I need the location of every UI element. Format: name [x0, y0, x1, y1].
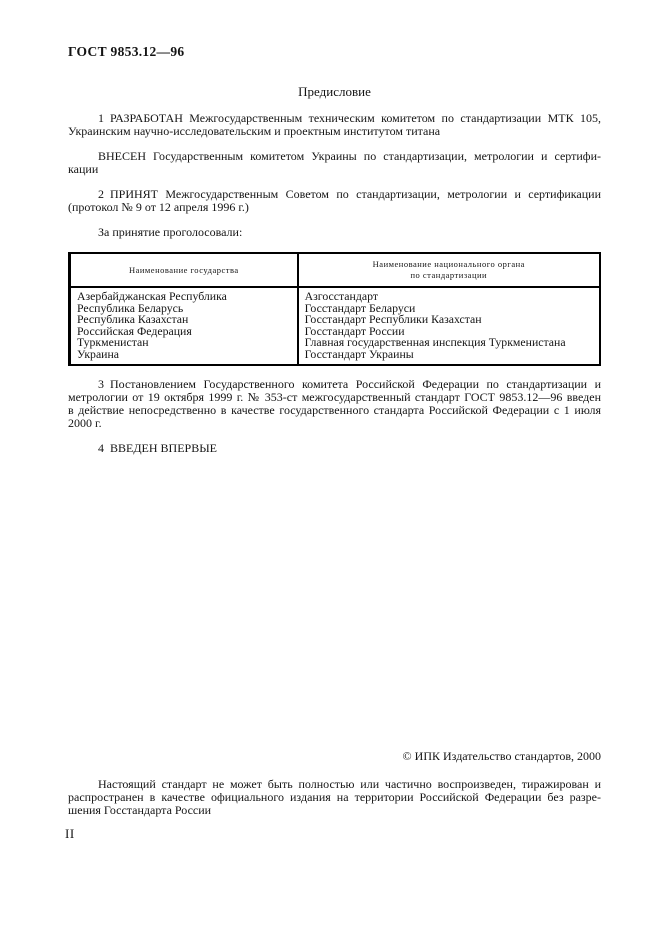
- table-header-row: Наименование государства Наименование на…: [70, 253, 601, 287]
- voting-table-header: Наименование государства Наименование на…: [70, 253, 601, 287]
- paragraph-line: (протокол № 9 от 12 апреля 1996 г.): [68, 201, 601, 214]
- paragraph-line: ВНЕСЕН Государственным комитетом Украины…: [68, 150, 601, 163]
- paragraph-line: кации: [68, 163, 601, 176]
- paragraph: Настоящий стандарт не может быть полност…: [68, 778, 601, 817]
- paragraph-line: 4 ВВЕДЕН ВПЕРВЫЕ: [68, 442, 601, 455]
- paragraph: 1 РАЗРАБОТАН Межгосударственным техничес…: [68, 112, 601, 138]
- voting-table-body: Азербайджанская РеспубликаАзгосстандартР…: [70, 287, 601, 365]
- table-header-state-label: Наименование государства: [129, 265, 239, 275]
- table-header-org: Наименование национального органа по ста…: [298, 253, 600, 287]
- paragraph: За принятие проголосовали:: [68, 226, 601, 239]
- voting-table: Наименование государства Наименование на…: [68, 252, 601, 366]
- paragraph: 2 ПРИНЯТ Межгосударственным Советом по с…: [68, 188, 601, 214]
- preface-title: Предисловие: [68, 84, 601, 100]
- table-cell: Госстандарт Украины: [298, 349, 600, 365]
- page-content: ГОСТ 9853.12—96 Предисловие 1 РАЗРАБОТАН…: [68, 44, 601, 455]
- page-number: II: [65, 826, 75, 842]
- paragraph: 4 ВВЕДЕН ВПЕРВЫЕ: [68, 442, 601, 455]
- paragraph-line: в действие непосредственно в качестве го…: [68, 404, 601, 417]
- paragraph-line: 2000 г.: [68, 417, 601, 430]
- table-header-state: Наименование государства: [70, 253, 298, 287]
- table-header-org-line2: по стандартизации: [303, 270, 595, 281]
- paragraph: ВНЕСЕН Государственным комитетом Украины…: [68, 150, 601, 176]
- paragraph-line: шения Госстандарта России: [68, 804, 601, 817]
- paragraph-line: За принятие проголосовали:: [68, 226, 601, 239]
- copyright-line: © ИПК Издательство стандартов, 2000: [68, 750, 601, 763]
- preface-resolution-paragraphs: 3 Постановлением Государственного комите…: [68, 378, 601, 455]
- paragraph-line: 3 Постановлением Государственного комите…: [68, 378, 601, 391]
- paragraph-line: метрологии от 19 октября 1999 г. № 353-с…: [68, 391, 601, 404]
- page-footer: © ИПК Издательство стандартов, 2000 Наст…: [68, 750, 601, 817]
- table-row: УкраинаГосстандарт Украины: [70, 349, 601, 365]
- doc-number: ГОСТ 9853.12—96: [68, 44, 601, 60]
- document-page: ГОСТ 9853.12—96 Предисловие 1 РАЗРАБОТАН…: [0, 0, 661, 936]
- paragraph: 3 Постановлением Государственного комите…: [68, 378, 601, 430]
- table-cell: Украина: [70, 349, 298, 365]
- paragraph-line: Украинским научно-исследовательским и пр…: [68, 125, 601, 138]
- copyright-notice: Настоящий стандарт не может быть полност…: [68, 778, 601, 817]
- table-header-org-line1: Наименование национального органа: [303, 259, 595, 270]
- preface-intro-paragraphs: 1 РАЗРАБОТАН Межгосударственным техничес…: [68, 112, 601, 239]
